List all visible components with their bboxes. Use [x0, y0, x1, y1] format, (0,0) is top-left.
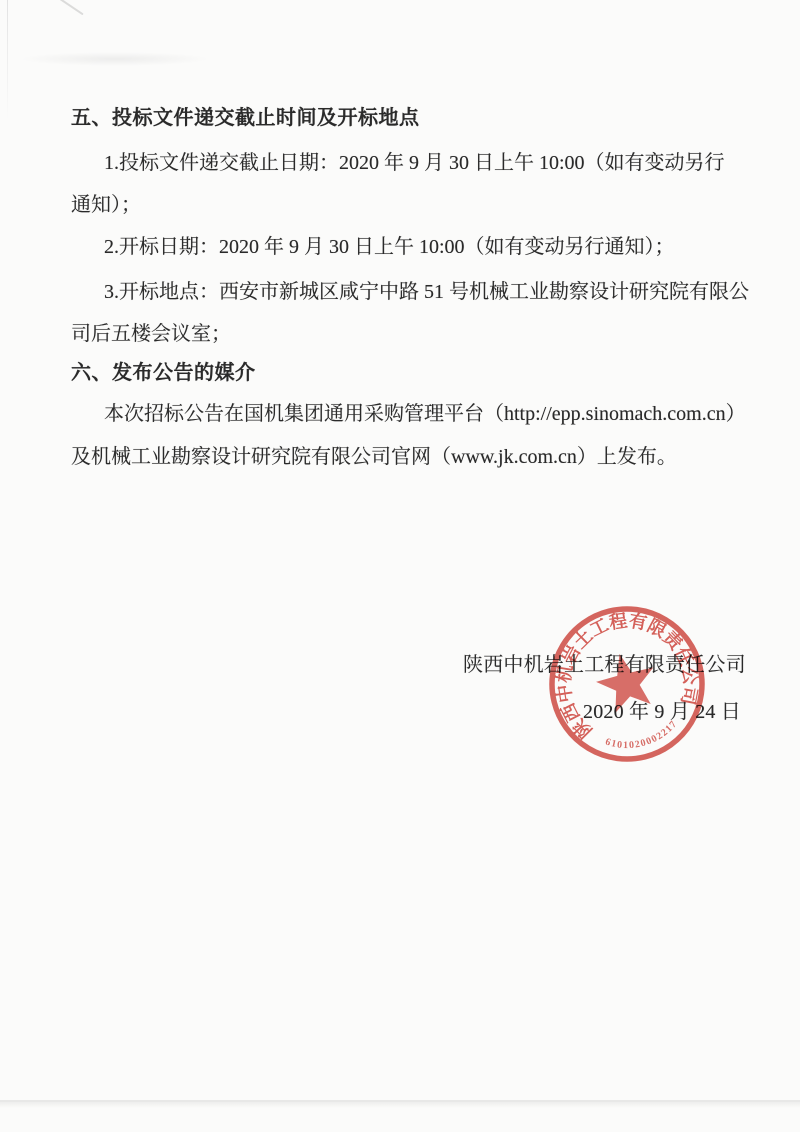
document-page: 五、投标文件递交截止时间及开标地点 1.投标文件递交截止日期：2020 年 9 …	[0, 0, 800, 1132]
section-5-heading: 五、投标文件递交截止时间及开标地点	[71, 106, 420, 130]
seal-star-icon	[591, 647, 662, 716]
company-seal: 陕西中机岩土工程有限责任公司 6101020002217	[532, 589, 722, 779]
scan-artifact-smudge	[20, 52, 210, 66]
section-5-item-2: 2.开标日期：2020 年 9 月 30 日上午 10:00（如有变动另行通知）…	[104, 235, 675, 259]
scan-artifact-bottom-shadow	[0, 1100, 800, 1102]
seal-serial-number: 6101020002217	[601, 717, 683, 759]
section-5-item-3-line-1: 3.开标地点：西安市新城区咸宁中路 51 号机械工业勘察设计研究院有限公	[104, 280, 749, 304]
section-6-body-line-2: 及机械工业勘察设计研究院有限公司官网（www.jk.com.cn）上发布。	[71, 445, 677, 469]
scan-artifact-top-left	[54, 0, 83, 15]
section-6-body-line-1: 本次招标公告在国机集团通用采购管理平台（http://epp.sinomach.…	[104, 402, 746, 426]
scan-artifact-bottom-fade	[0, 1102, 800, 1108]
section-5-item-1-line-1: 1.投标文件递交截止日期：2020 年 9 月 30 日上午 10:00（如有变…	[104, 151, 725, 175]
svg-text:6101020002217: 6101020002217	[601, 717, 683, 759]
section-5-item-3-line-2: 司后五楼会议室；	[71, 322, 231, 346]
section-5-item-1-line-2: 通知）；	[71, 193, 141, 217]
scan-artifact-left-edge	[7, 0, 8, 120]
section-6-heading: 六、发布公告的媒介	[71, 361, 256, 385]
